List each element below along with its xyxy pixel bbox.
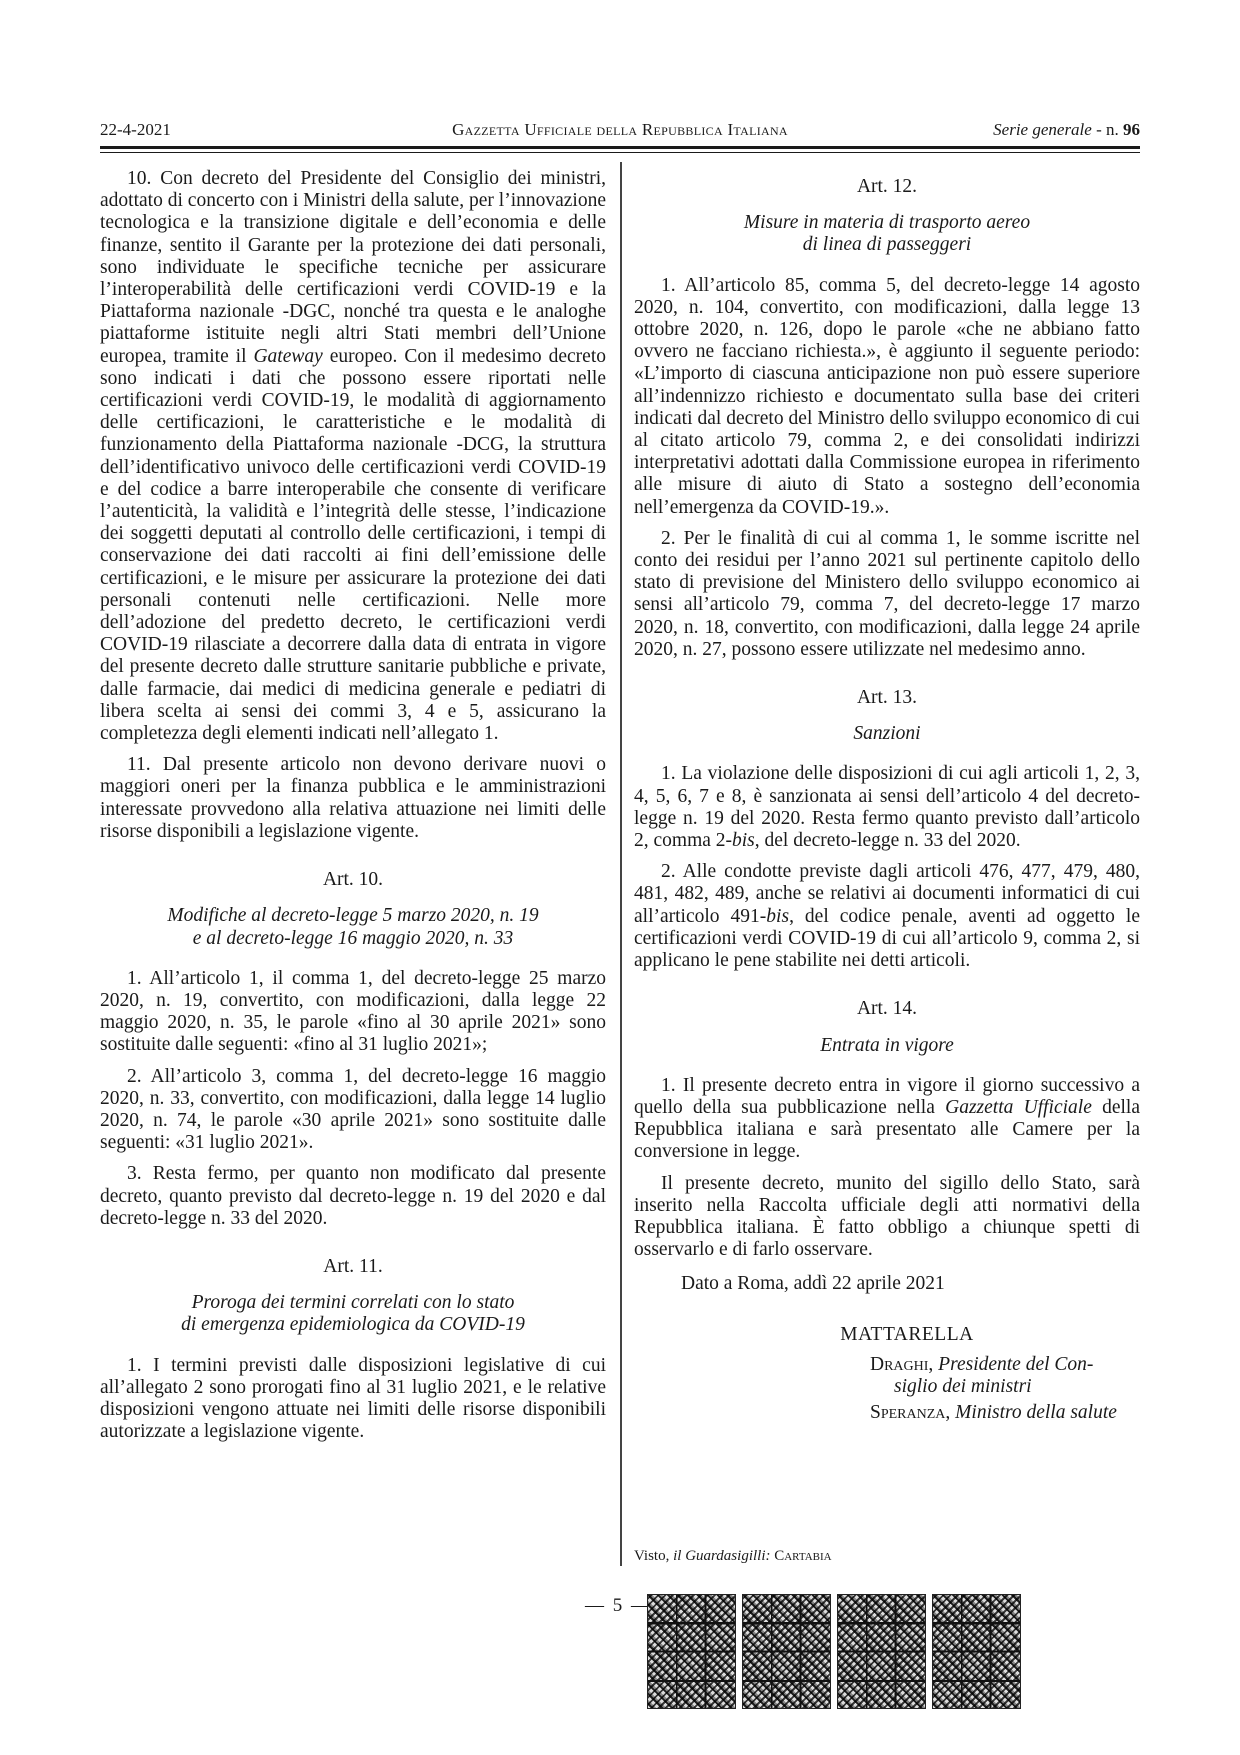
article-14-heading: Art. 14.: [634, 998, 1140, 1020]
article-10-heading: Art. 10.: [100, 869, 606, 891]
left-column: 10. Con decreto del Presidente del Consi…: [100, 168, 606, 1452]
signature-draghi: Draghi, Presidente del Con-siglio dei mi…: [870, 1354, 1140, 1398]
article-10-comma-3: 3. Resta fermo, per quanto non modificat…: [100, 1163, 606, 1230]
article-12-comma-2: 2. Per le finalità di cui al comma 1, le…: [634, 528, 1140, 661]
article-10-comma-2: 2. All’articolo 3, comma 1, del decreto-…: [100, 1066, 606, 1155]
gateway-term: Gateway: [253, 346, 322, 367]
barcode-icon: [932, 1594, 1021, 1709]
article-11-heading: Art. 11.: [100, 1256, 606, 1278]
signature-president: MATTARELLA: [674, 1324, 1140, 1346]
promulgation-clause: Il presente decreto, munito del sigillo …: [634, 1173, 1140, 1262]
paragraph-10: 10. Con decreto del Presidente del Consi…: [100, 168, 606, 745]
paragraph-11: 11. Dal presente articolo non devono der…: [100, 754, 606, 843]
article-12-comma-1: 1. All’articolo 85, comma 5, del decreto…: [634, 275, 1140, 519]
right-column: Art. 12. Misure in materia di trasporto …: [634, 168, 1140, 1428]
issue-number: 96: [1123, 120, 1140, 139]
issue-prefix: - n.: [1092, 120, 1123, 139]
issue-info: Serie generale - n. 96: [993, 120, 1140, 140]
barcode-icon: [837, 1594, 926, 1709]
article-12-rubric: Misure in materia di trasporto aereodi l…: [634, 212, 1140, 256]
visto-guardasigilli: Visto, il Guardasigilli: Cartabia: [634, 1548, 832, 1565]
page-number: — 5 —: [585, 1595, 652, 1617]
article-10-comma-1: 1. All’articolo 1, il comma 1, del decre…: [100, 968, 606, 1057]
article-13-rubric: Sanzioni: [634, 723, 1140, 745]
barcode-strip: [647, 1594, 1021, 1709]
dated-clause: Dato a Roma, addì 22 aprile 2021: [634, 1273, 1140, 1295]
article-13-comma-1: 1. La violazione delle disposizioni di c…: [634, 763, 1140, 852]
publication-title: Gazzetta Ufficiale della Repubblica Ital…: [100, 120, 1140, 140]
article-14-comma-1: 1. Il presente decreto entra in vigore i…: [634, 1075, 1140, 1164]
barcode-icon: [742, 1594, 831, 1709]
barcode-icon: [647, 1594, 736, 1709]
article-12-heading: Art. 12.: [634, 176, 1140, 198]
article-11-comma-1: 1. I termini previsti dalle disposizioni…: [100, 1355, 606, 1444]
series-label: Serie generale: [993, 120, 1092, 139]
article-14-rubric: Entrata in vigore: [634, 1035, 1140, 1057]
signature-speranza: Speranza, Ministro della salute: [870, 1402, 1140, 1424]
article-11-rubric: Proroga dei termini correlati con lo sta…: [100, 1292, 606, 1336]
article-10-rubric: Modifiche al decreto-legge 5 marzo 2020,…: [100, 905, 606, 949]
article-13-heading: Art. 13.: [634, 687, 1140, 709]
header-double-rule: [100, 146, 1140, 153]
article-13-comma-2: 2. Alle condotte previste dagli articoli…: [634, 861, 1140, 972]
page-header: 22-4-2021 Gazzetta Ufficiale della Repub…: [100, 118, 1140, 144]
column-divider: [620, 162, 622, 1566]
